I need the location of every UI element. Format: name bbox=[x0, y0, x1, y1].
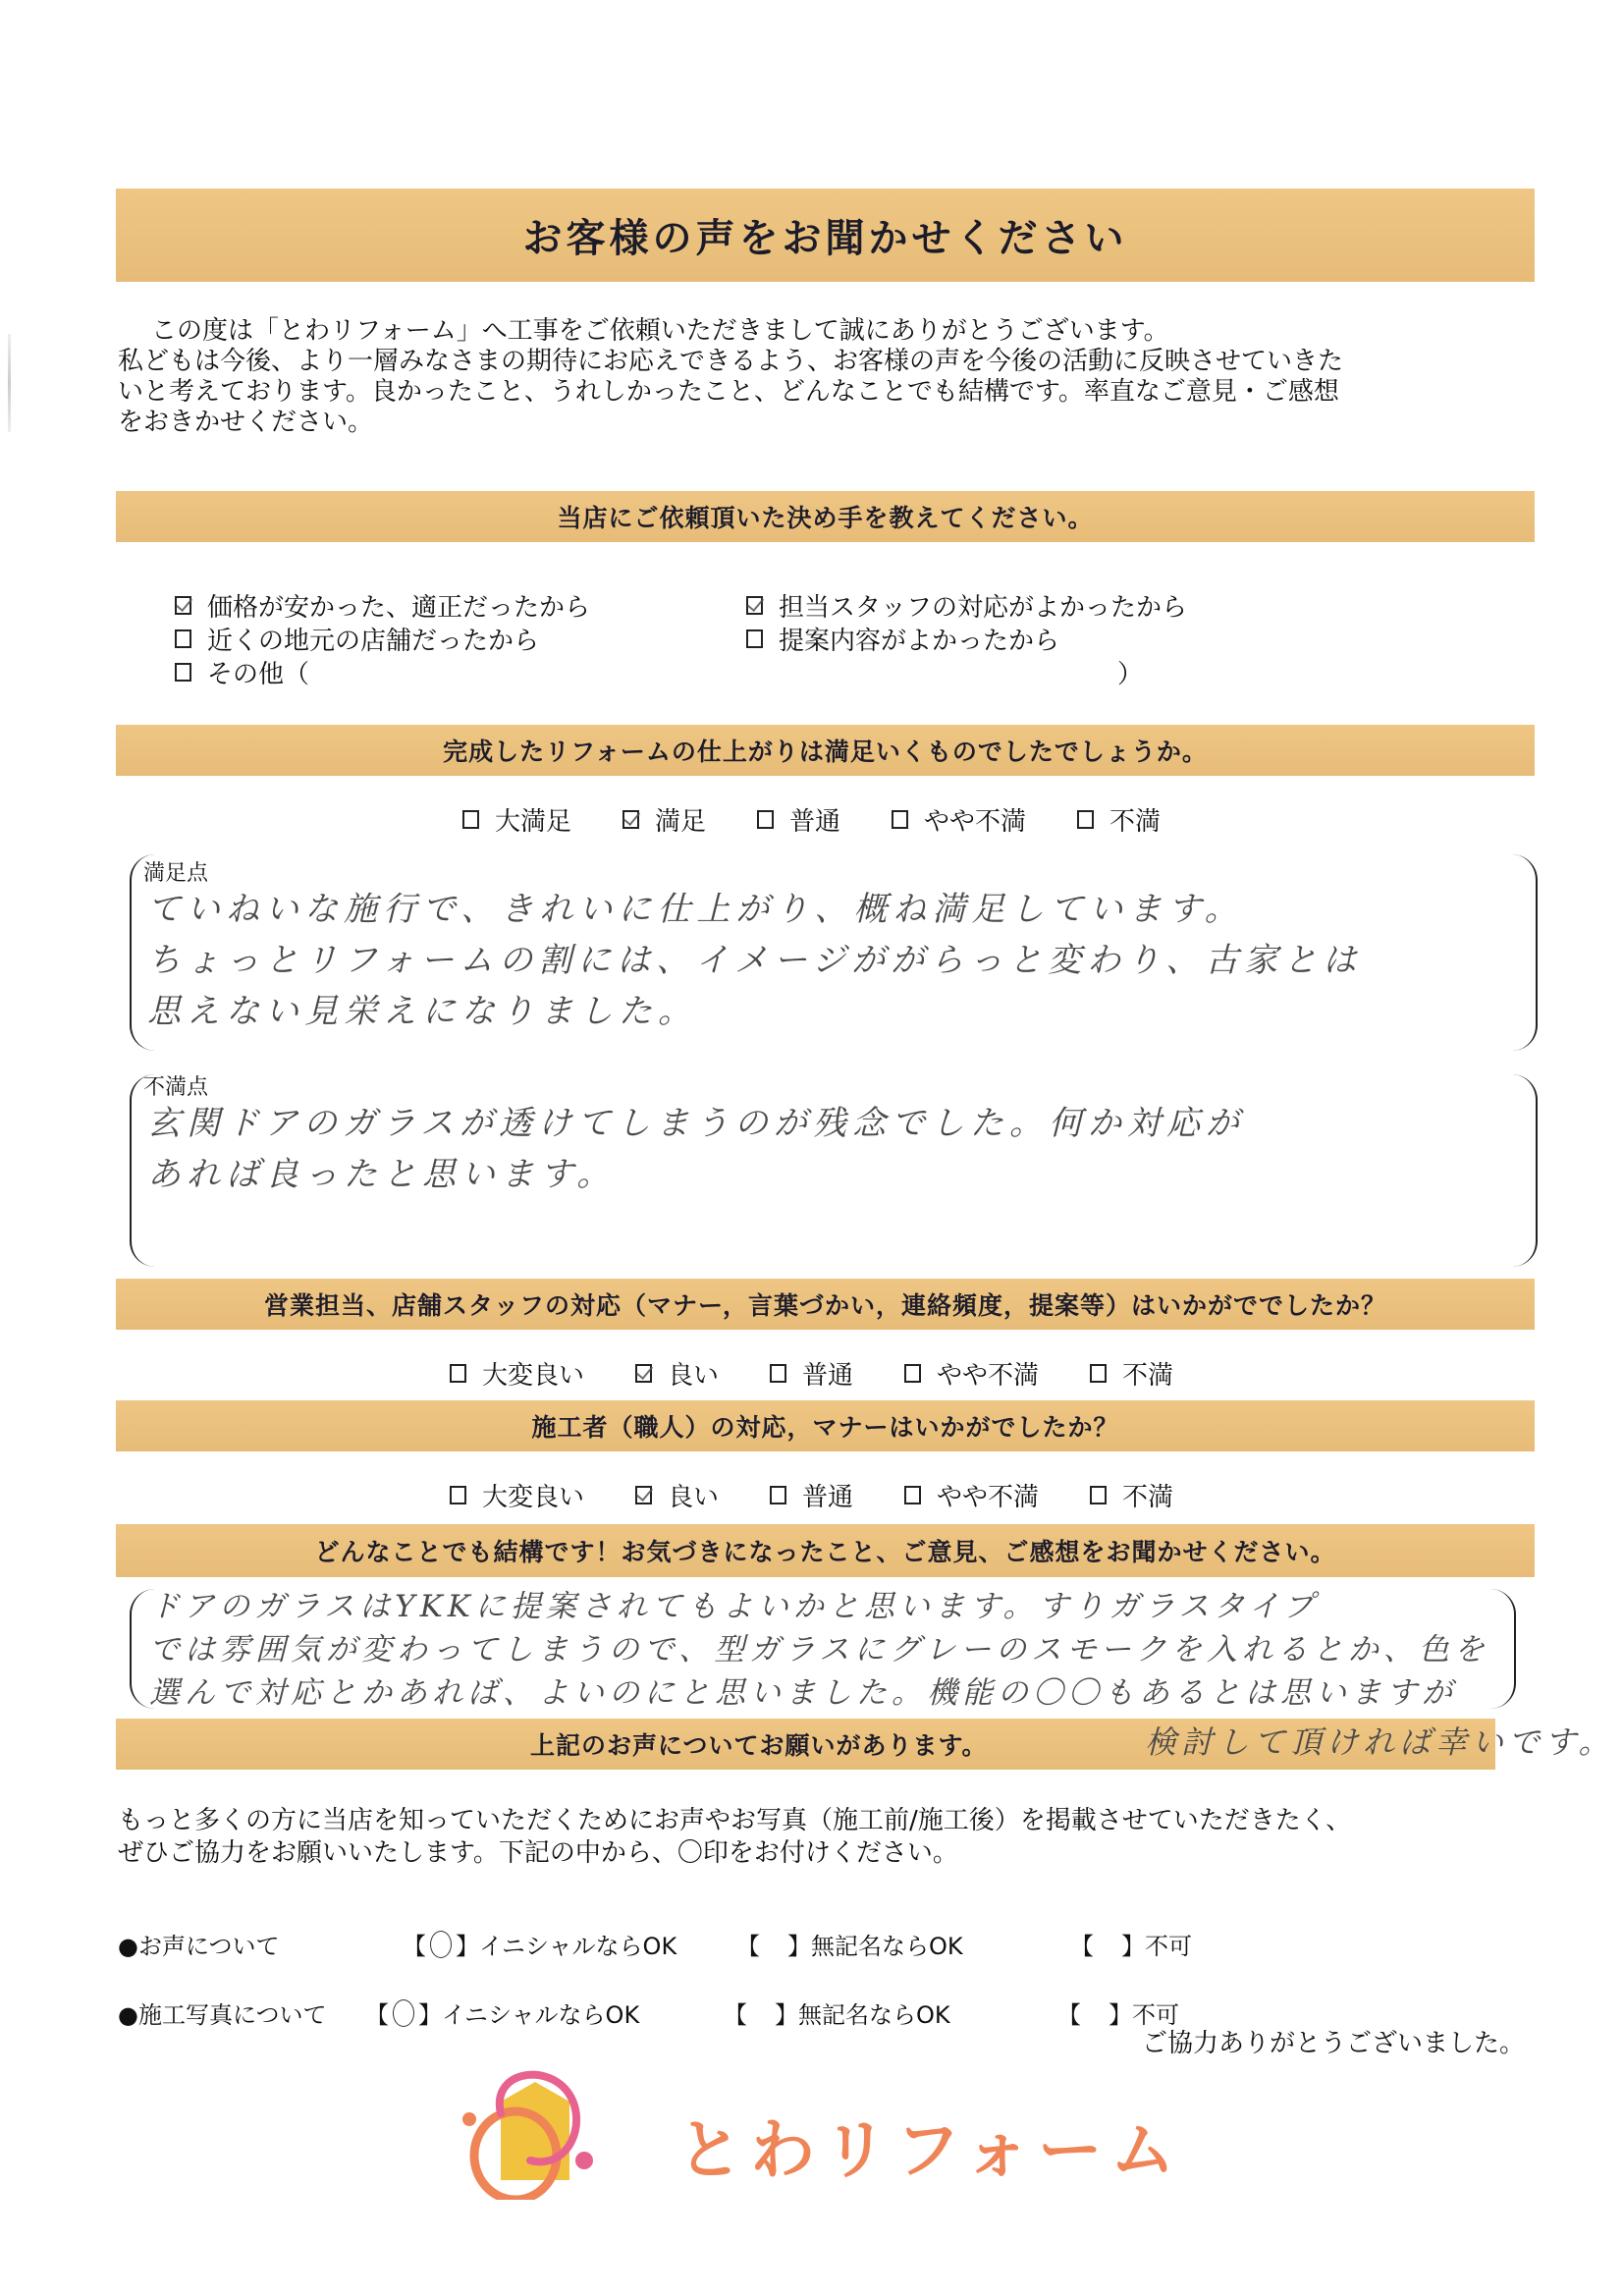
option-label: 満足 bbox=[655, 801, 706, 838]
permission-row-voice: ●お声について 【】イニシャルならOK 【】無記名ならOK 【】不可 bbox=[118, 1927, 1192, 1961]
option-label: 近くの地元の店舗だったから bbox=[207, 621, 539, 657]
q2-heading: 完成したリフォームの仕上がりは満足いくものでしたでしょうか。 bbox=[116, 725, 1535, 776]
permission-option-anonymous[interactable]: 【】無記名ならOK bbox=[736, 1927, 1070, 1961]
option-label: 不満 bbox=[1122, 1355, 1173, 1392]
page-title: お客様の声をお聞かせください bbox=[116, 189, 1535, 282]
q3-options: 大変良い 良い 普通 やや不満 不満 bbox=[0, 1355, 1623, 1392]
q1-option-staff[interactable]: 担当スタッフの対応がよかったから bbox=[746, 587, 1187, 624]
logo-text: とわリフォーム bbox=[677, 2098, 1183, 2191]
q2-options: 大満足 満足 普通 やや不満 不満 bbox=[0, 801, 1623, 838]
checkbox-checked-icon[interactable] bbox=[175, 596, 191, 615]
checkbox-icon[interactable] bbox=[1077, 810, 1094, 829]
option-label: 価格が安かった、適正だったから bbox=[207, 587, 590, 624]
option-label: 大変良い bbox=[482, 1477, 584, 1513]
option-label: 大変良い bbox=[482, 1355, 584, 1392]
option-label: 不満 bbox=[1122, 1477, 1173, 1513]
option-label: やや不満 bbox=[937, 1477, 1039, 1513]
option-label: 良い bbox=[668, 1477, 719, 1513]
q3-option-dissatisfied[interactable]: 不満 bbox=[1090, 1355, 1173, 1392]
permission-option-initial[interactable]: 【】イニシャルならOK bbox=[365, 1995, 724, 2030]
checkbox-checked-icon[interactable] bbox=[635, 1364, 652, 1383]
checkbox-icon[interactable] bbox=[450, 1364, 466, 1383]
good-points-text: ていねいな施行で、きれいに仕上がり、概ね満足しています。 ちょっとリフォームの割… bbox=[147, 884, 1362, 1037]
q4-options: 大変良い 良い 普通 やや不満 不満 bbox=[0, 1477, 1623, 1513]
intro-line-2: 私どもは今後、より一層みなさまの期待にお応えできるよう、お客様の声を今後の活動に… bbox=[118, 347, 1532, 377]
q1-heading: 当店にご依頼頂いた決め手を教えてください。 bbox=[116, 491, 1535, 542]
comments-text: ドアのガラスはYKKに提案されてもよいかと思います。すりガラスタイプ では雰囲気… bbox=[149, 1585, 1489, 1715]
option-label: その他（ bbox=[207, 654, 309, 690]
permission-row-label: ●施工写真について bbox=[118, 1995, 365, 2030]
handwritten-line: 選んで対応とかあれば、よいのにと思いました。機能の〇〇もあるとは思いますが bbox=[149, 1671, 1489, 1715]
q6-heading: 上記のお声についてお願いがあります。 bbox=[530, 1726, 988, 1762]
q2-option-dissatisfied[interactable]: 不満 bbox=[1077, 801, 1161, 838]
scan-artifact bbox=[8, 334, 11, 432]
checkbox-icon[interactable] bbox=[462, 810, 479, 829]
q1-option-local[interactable]: 近くの地元の店舗だったから bbox=[175, 621, 539, 657]
option-label: 無記名ならOK bbox=[798, 1995, 950, 2030]
permission-option-refuse[interactable]: 【】不可 bbox=[1070, 1927, 1192, 1961]
checkbox-icon[interactable] bbox=[757, 810, 774, 829]
checkbox-checked-icon[interactable] bbox=[622, 810, 639, 829]
intro-line-1: この度は「とわリフォーム」へ工事をご依頼いただきまして誠にありがとうございます。 bbox=[118, 316, 1532, 347]
option-label: 良い bbox=[668, 1355, 719, 1392]
option-label: 担当スタッフの対応がよかったから bbox=[779, 587, 1187, 624]
q4-option-normal[interactable]: 普通 bbox=[770, 1477, 853, 1513]
permission-line-1: もっと多くの方に当店を知っていただくためにお声やお写真（施工前/施工後）を掲載さ… bbox=[118, 1805, 1532, 1837]
handwritten-line: ちょっとリフォームの割には、イメージががらっと変わり、古家とは bbox=[147, 935, 1362, 986]
checkbox-icon[interactable] bbox=[904, 1364, 921, 1383]
permission-text: もっと多くの方に当店を知っていただくためにお声やお写真（施工前/施工後）を掲載さ… bbox=[118, 1805, 1532, 1870]
permission-row-label: ●お声について bbox=[118, 1927, 403, 1961]
q1-other-close: ） bbox=[1117, 654, 1143, 690]
option-label: やや不満 bbox=[924, 801, 1026, 838]
q2-option-slightly-dissatisfied[interactable]: やや不満 bbox=[892, 801, 1026, 838]
circle-mark-icon bbox=[393, 1999, 414, 2027]
bad-points-label: 不満点 bbox=[143, 1070, 208, 1101]
checkbox-icon[interactable] bbox=[770, 1364, 786, 1383]
handwritten-line: では雰囲気が変わってしまうので、型ガラスにグレーのスモークを入れるとか、色を bbox=[149, 1628, 1489, 1671]
option-label: 普通 bbox=[789, 801, 840, 838]
permission-row-photo: ●施工写真について 【】イニシャルならOK 【】無記名ならOK 【】不可 bbox=[118, 1995, 1179, 2030]
q5-heading: どんなことでも結構です！お気づきになったこと、ご意見、ご感想をお聞かせください。 bbox=[116, 1524, 1535, 1577]
option-label: 不可 bbox=[1145, 1927, 1192, 1961]
q1-option-proposal[interactable]: 提案内容がよかったから bbox=[746, 621, 1059, 657]
q3-option-normal[interactable]: 普通 bbox=[770, 1355, 853, 1392]
checkbox-checked-icon[interactable] bbox=[635, 1486, 652, 1504]
option-label: 普通 bbox=[802, 1477, 853, 1513]
permission-option-anonymous[interactable]: 【】無記名ならOK bbox=[724, 1995, 1057, 2030]
bad-points-text: 玄関ドアのガラスが透けてしまうのが残念でした。何か対応が あれば良ったと思います… bbox=[147, 1098, 1245, 1200]
q3-option-slightly-dissatisfied[interactable]: やや不満 bbox=[904, 1355, 1039, 1392]
checkbox-icon[interactable] bbox=[175, 629, 191, 648]
option-label: イニシャルならOK bbox=[479, 1927, 676, 1961]
checkbox-icon[interactable] bbox=[746, 629, 763, 648]
checkbox-icon[interactable] bbox=[770, 1486, 786, 1504]
intro-line-4: をおきかせください。 bbox=[118, 408, 1532, 438]
q6-handwritten-text: 検討して頂ければ幸いです。 bbox=[1145, 1717, 1614, 1768]
handwritten-line: 玄関ドアのガラスが透けてしまうのが残念でした。何か対応が bbox=[147, 1098, 1245, 1149]
q4-option-very-good[interactable]: 大変良い bbox=[450, 1477, 584, 1513]
q1-option-other[interactable]: その他（ bbox=[175, 654, 309, 690]
option-label: 普通 bbox=[802, 1355, 853, 1392]
q3-heading: 営業担当、店舗スタッフの対応（マナー，言葉づかい，連絡頻度，提案等）はいかがでで… bbox=[116, 1279, 1535, 1330]
checkbox-icon[interactable] bbox=[892, 810, 908, 829]
q4-option-slightly-dissatisfied[interactable]: やや不満 bbox=[904, 1477, 1039, 1513]
checkbox-checked-icon[interactable] bbox=[746, 596, 763, 615]
option-label: やや不満 bbox=[937, 1355, 1039, 1392]
checkbox-icon[interactable] bbox=[175, 663, 191, 682]
permission-line-2: ぜひご協力をお願いいたします。下記の中から、〇印をお付けください。 bbox=[118, 1837, 1532, 1870]
option-label: 大満足 bbox=[495, 801, 571, 838]
q4-heading: 施工者（職人）の対応，マナーはいかがでしたか？ bbox=[116, 1400, 1535, 1451]
option-label: イニシャルならOK bbox=[442, 1995, 639, 2030]
q2-option-very-satisfied[interactable]: 大満足 bbox=[462, 801, 571, 838]
option-label: 提案内容がよかったから bbox=[779, 621, 1059, 657]
thanks-text: ご協力ありがとうございました。 bbox=[1142, 2023, 1525, 2059]
q2-option-normal[interactable]: 普通 bbox=[757, 801, 840, 838]
permission-option-initial[interactable]: 【】イニシャルならOK bbox=[403, 1927, 736, 1961]
checkbox-icon[interactable] bbox=[904, 1486, 921, 1504]
intro-line-3: いと考えております。良かったこと、うれしかったこと、どんなことでも結構です。率直… bbox=[118, 377, 1532, 408]
q1-option-price[interactable]: 価格が安かった、適正だったから bbox=[175, 587, 590, 624]
checkbox-icon[interactable] bbox=[450, 1486, 466, 1504]
option-label: 無記名ならOK bbox=[811, 1927, 963, 1961]
option-label: 不満 bbox=[1109, 801, 1161, 838]
checkbox-icon[interactable] bbox=[1090, 1486, 1107, 1504]
q4-option-good[interactable]: 良い bbox=[635, 1477, 719, 1513]
q3-option-very-good[interactable]: 大変良い bbox=[450, 1355, 584, 1392]
q3-option-good[interactable]: 良い bbox=[635, 1355, 719, 1392]
handwritten-line: あれば良ったと思います。 bbox=[147, 1149, 1245, 1200]
circle-mark-icon bbox=[430, 1931, 452, 1958]
checkbox-icon[interactable] bbox=[1090, 1364, 1107, 1383]
q4-option-dissatisfied[interactable]: 不満 bbox=[1090, 1477, 1173, 1513]
good-points-label: 満足点 bbox=[143, 856, 208, 887]
handwritten-line: ドアのガラスはYKKに提案されてもよいかと思います。すりガラスタイプ bbox=[149, 1585, 1489, 1628]
intro-text: この度は「とわリフォーム」へ工事をご依頼いただきまして誠にありがとうございます。… bbox=[118, 316, 1532, 438]
handwritten-line: ていねいな施行で、きれいに仕上がり、概ね満足しています。 bbox=[147, 884, 1362, 935]
q2-option-satisfied[interactable]: 満足 bbox=[622, 801, 706, 838]
handwritten-line: 思えない見栄えになりました。 bbox=[147, 986, 1362, 1037]
